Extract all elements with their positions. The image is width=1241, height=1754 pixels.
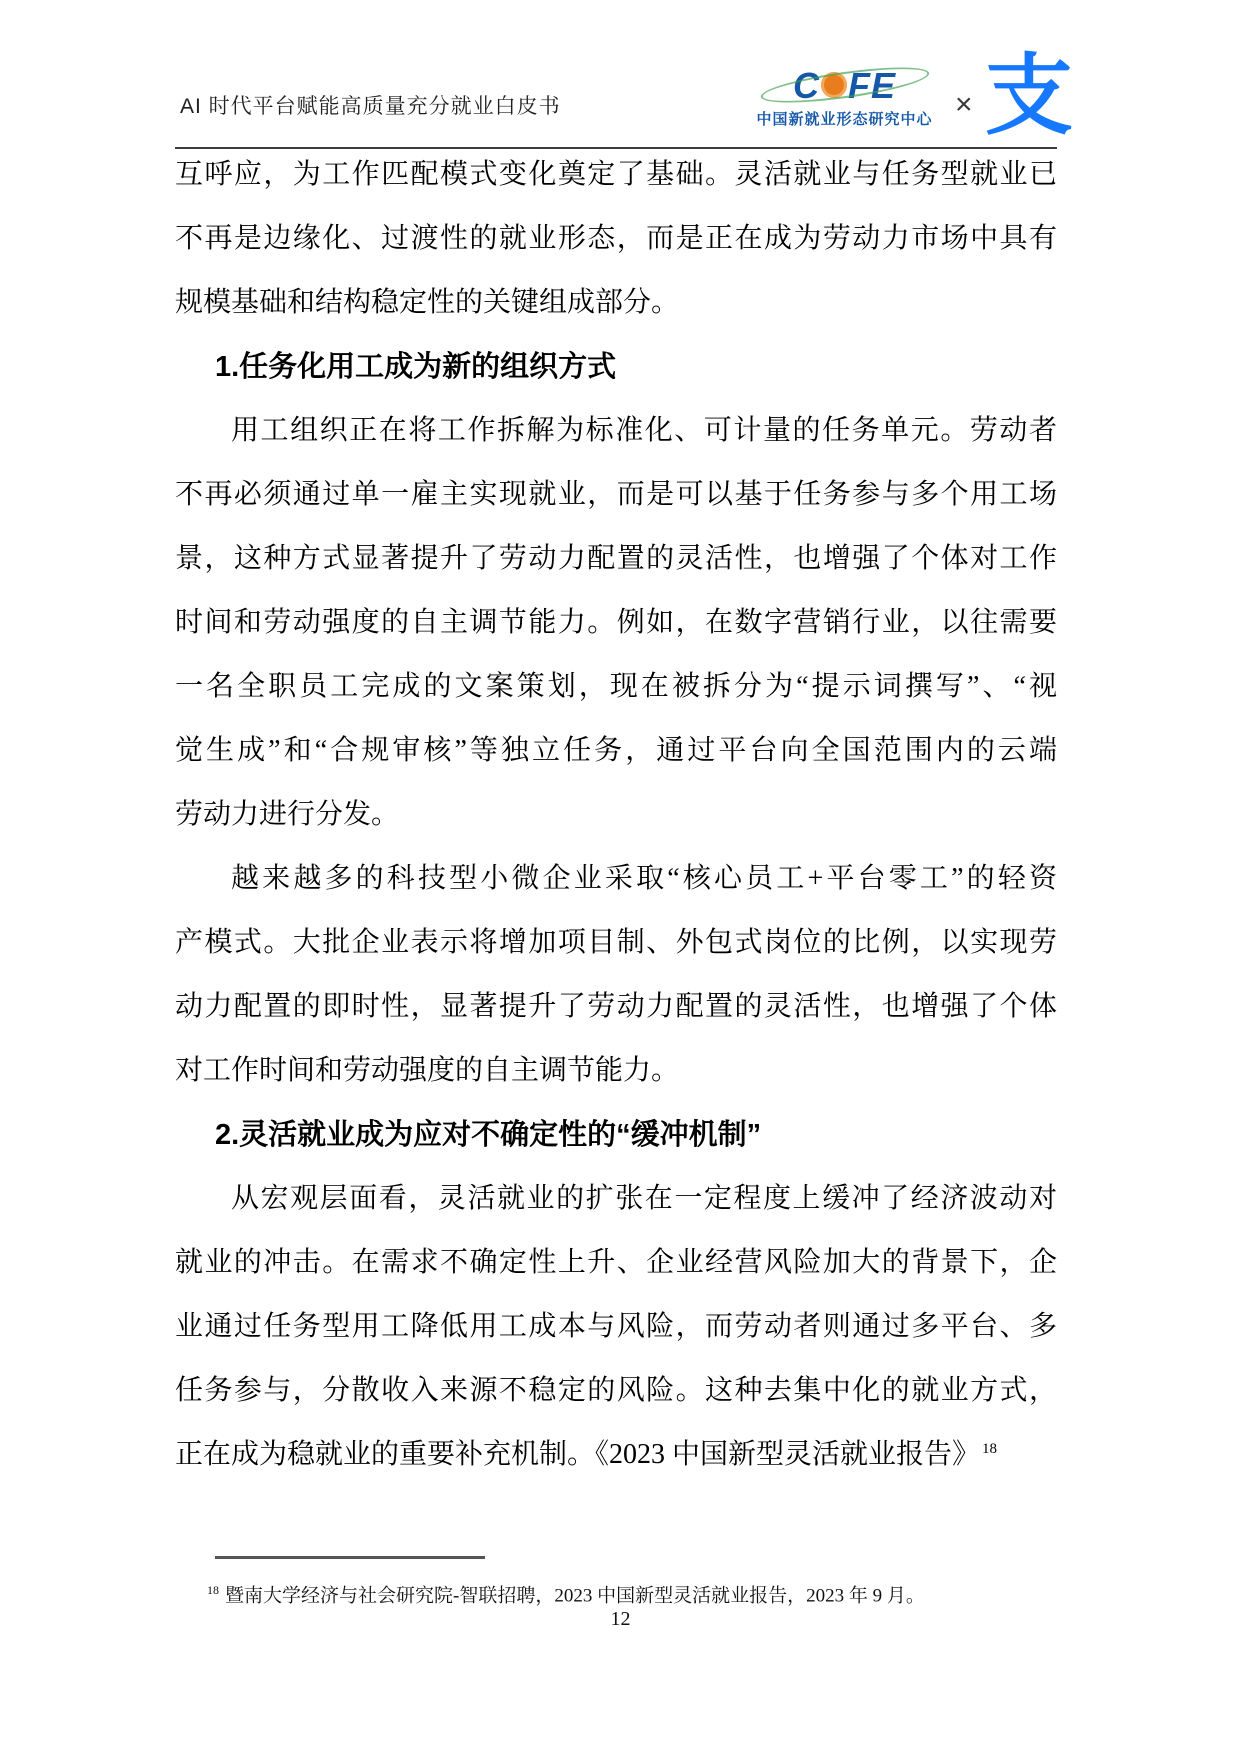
- footnote: 18暨南大学经济与社会研究院-智联招聘，2023 中国新型灵活就业报告，2023…: [207, 1576, 1067, 1610]
- body-line: 正在成为稳就业的重要补充机制。《2023 中国新型灵活就业报告》18: [175, 1423, 1057, 1487]
- body-line-text: 正在成为稳就业的重要补充机制。《2023 中国新型灵活就业报告》: [175, 1439, 980, 1470]
- alipay-logo-icon: 支: [985, 48, 1073, 144]
- footnote-separator: [215, 1556, 485, 1559]
- cnfe-acronym: CFE: [742, 66, 947, 106]
- document-page: AI 时代平台赋能高质量充分就业白皮书 CFE 中国新就业形态研究中心 × 支 …: [0, 0, 1241, 1754]
- body-line: 任务参与，分散收入来源不稳定的风险。这种去集中化的就业方式，: [175, 1359, 1057, 1423]
- body-line: 互呼应，为工作匹配模式变化奠定了基础。灵活就业与任务型就业已: [175, 143, 1057, 207]
- body-line: 觉生成”和“合规审核”等独立任务，通过平台向全国范围内的云端: [175, 719, 1057, 783]
- body-line: 从宏观层面看，灵活就业的扩张在一定程度上缓冲了经济波动对: [175, 1167, 1057, 1231]
- body-line: 时间和劳动强度的自主调节能力。例如，在数字营销行业，以往需要: [175, 591, 1057, 655]
- body-line: 劳动力进行分发。: [175, 783, 1057, 847]
- body-line: 不再必须通过单一雇主实现就业，而是可以基于任务参与多个用工场: [175, 463, 1057, 527]
- body-line: 业通过任务型用工降低用工成本与风险，而劳动者则通过多平台、多: [175, 1295, 1057, 1359]
- body-line: 一名全职员工完成的文案策划，现在被拆分为“提示词撰写”、“视: [175, 655, 1057, 719]
- cnfe-subtitle: 中国新就业形态研究中心: [742, 108, 947, 129]
- footnote-reference: 18: [982, 1441, 997, 1457]
- body-line: 越来越多的科技型小微企业采取“核心员工+平台零工”的轻资: [175, 847, 1057, 911]
- body-line: 动力配置的即时性，显著提升了劳动力配置的灵活性，也增强了个体: [175, 975, 1057, 1039]
- section-heading-1: 1.任务化用工成为新的组织方式: [175, 335, 1057, 399]
- cnfe-letters-fe: FE: [848, 65, 896, 106]
- collaboration-cross-icon: ×: [955, 88, 973, 122]
- body-line: 景，这种方式显著提升了劳动力配置的灵活性，也增强了个体对工作: [175, 527, 1057, 591]
- body-line: 对工作时间和劳动强度的自主调节能力。: [175, 1039, 1057, 1103]
- body-line: 就业的冲击。在需求不确定性上升、企业经营风险加大的背景下，企: [175, 1231, 1057, 1295]
- cnfe-letter-c: C: [793, 65, 820, 106]
- body-line: 不再是边缘化、过渡性的就业形态，而是正在成为劳动力市场中具有: [175, 207, 1057, 271]
- cnfe-logo: CFE 中国新就业形态研究中心: [742, 66, 947, 129]
- body-line: 规模基础和结构稳定性的关键组成部分。: [175, 271, 1057, 335]
- header-doc-title: AI 时代平台赋能高质量充分就业白皮书: [180, 90, 561, 120]
- body-content: 互呼应，为工作匹配模式变化奠定了基础。灵活就业与任务型就业已 不再是边缘化、过渡…: [175, 143, 1057, 1487]
- footnote-marker: 18: [207, 1583, 219, 1597]
- footnote-text: 暨南大学经济与社会研究院-智联招聘，2023 中国新型灵活就业报告，2023 年…: [225, 1585, 925, 1606]
- body-line: 用工组织正在将工作拆解为标准化、可计量的任务单元。劳动者: [175, 399, 1057, 463]
- body-line: 产模式。大批企业表示将增加项目制、外包式岗位的比例，以实现劳: [175, 911, 1057, 975]
- cnfe-emblem-icon: [821, 72, 847, 98]
- section-heading-2: 2.灵活就业成为应对不确定性的“缓冲机制”: [175, 1103, 1057, 1167]
- page-number: 12: [0, 1608, 1241, 1631]
